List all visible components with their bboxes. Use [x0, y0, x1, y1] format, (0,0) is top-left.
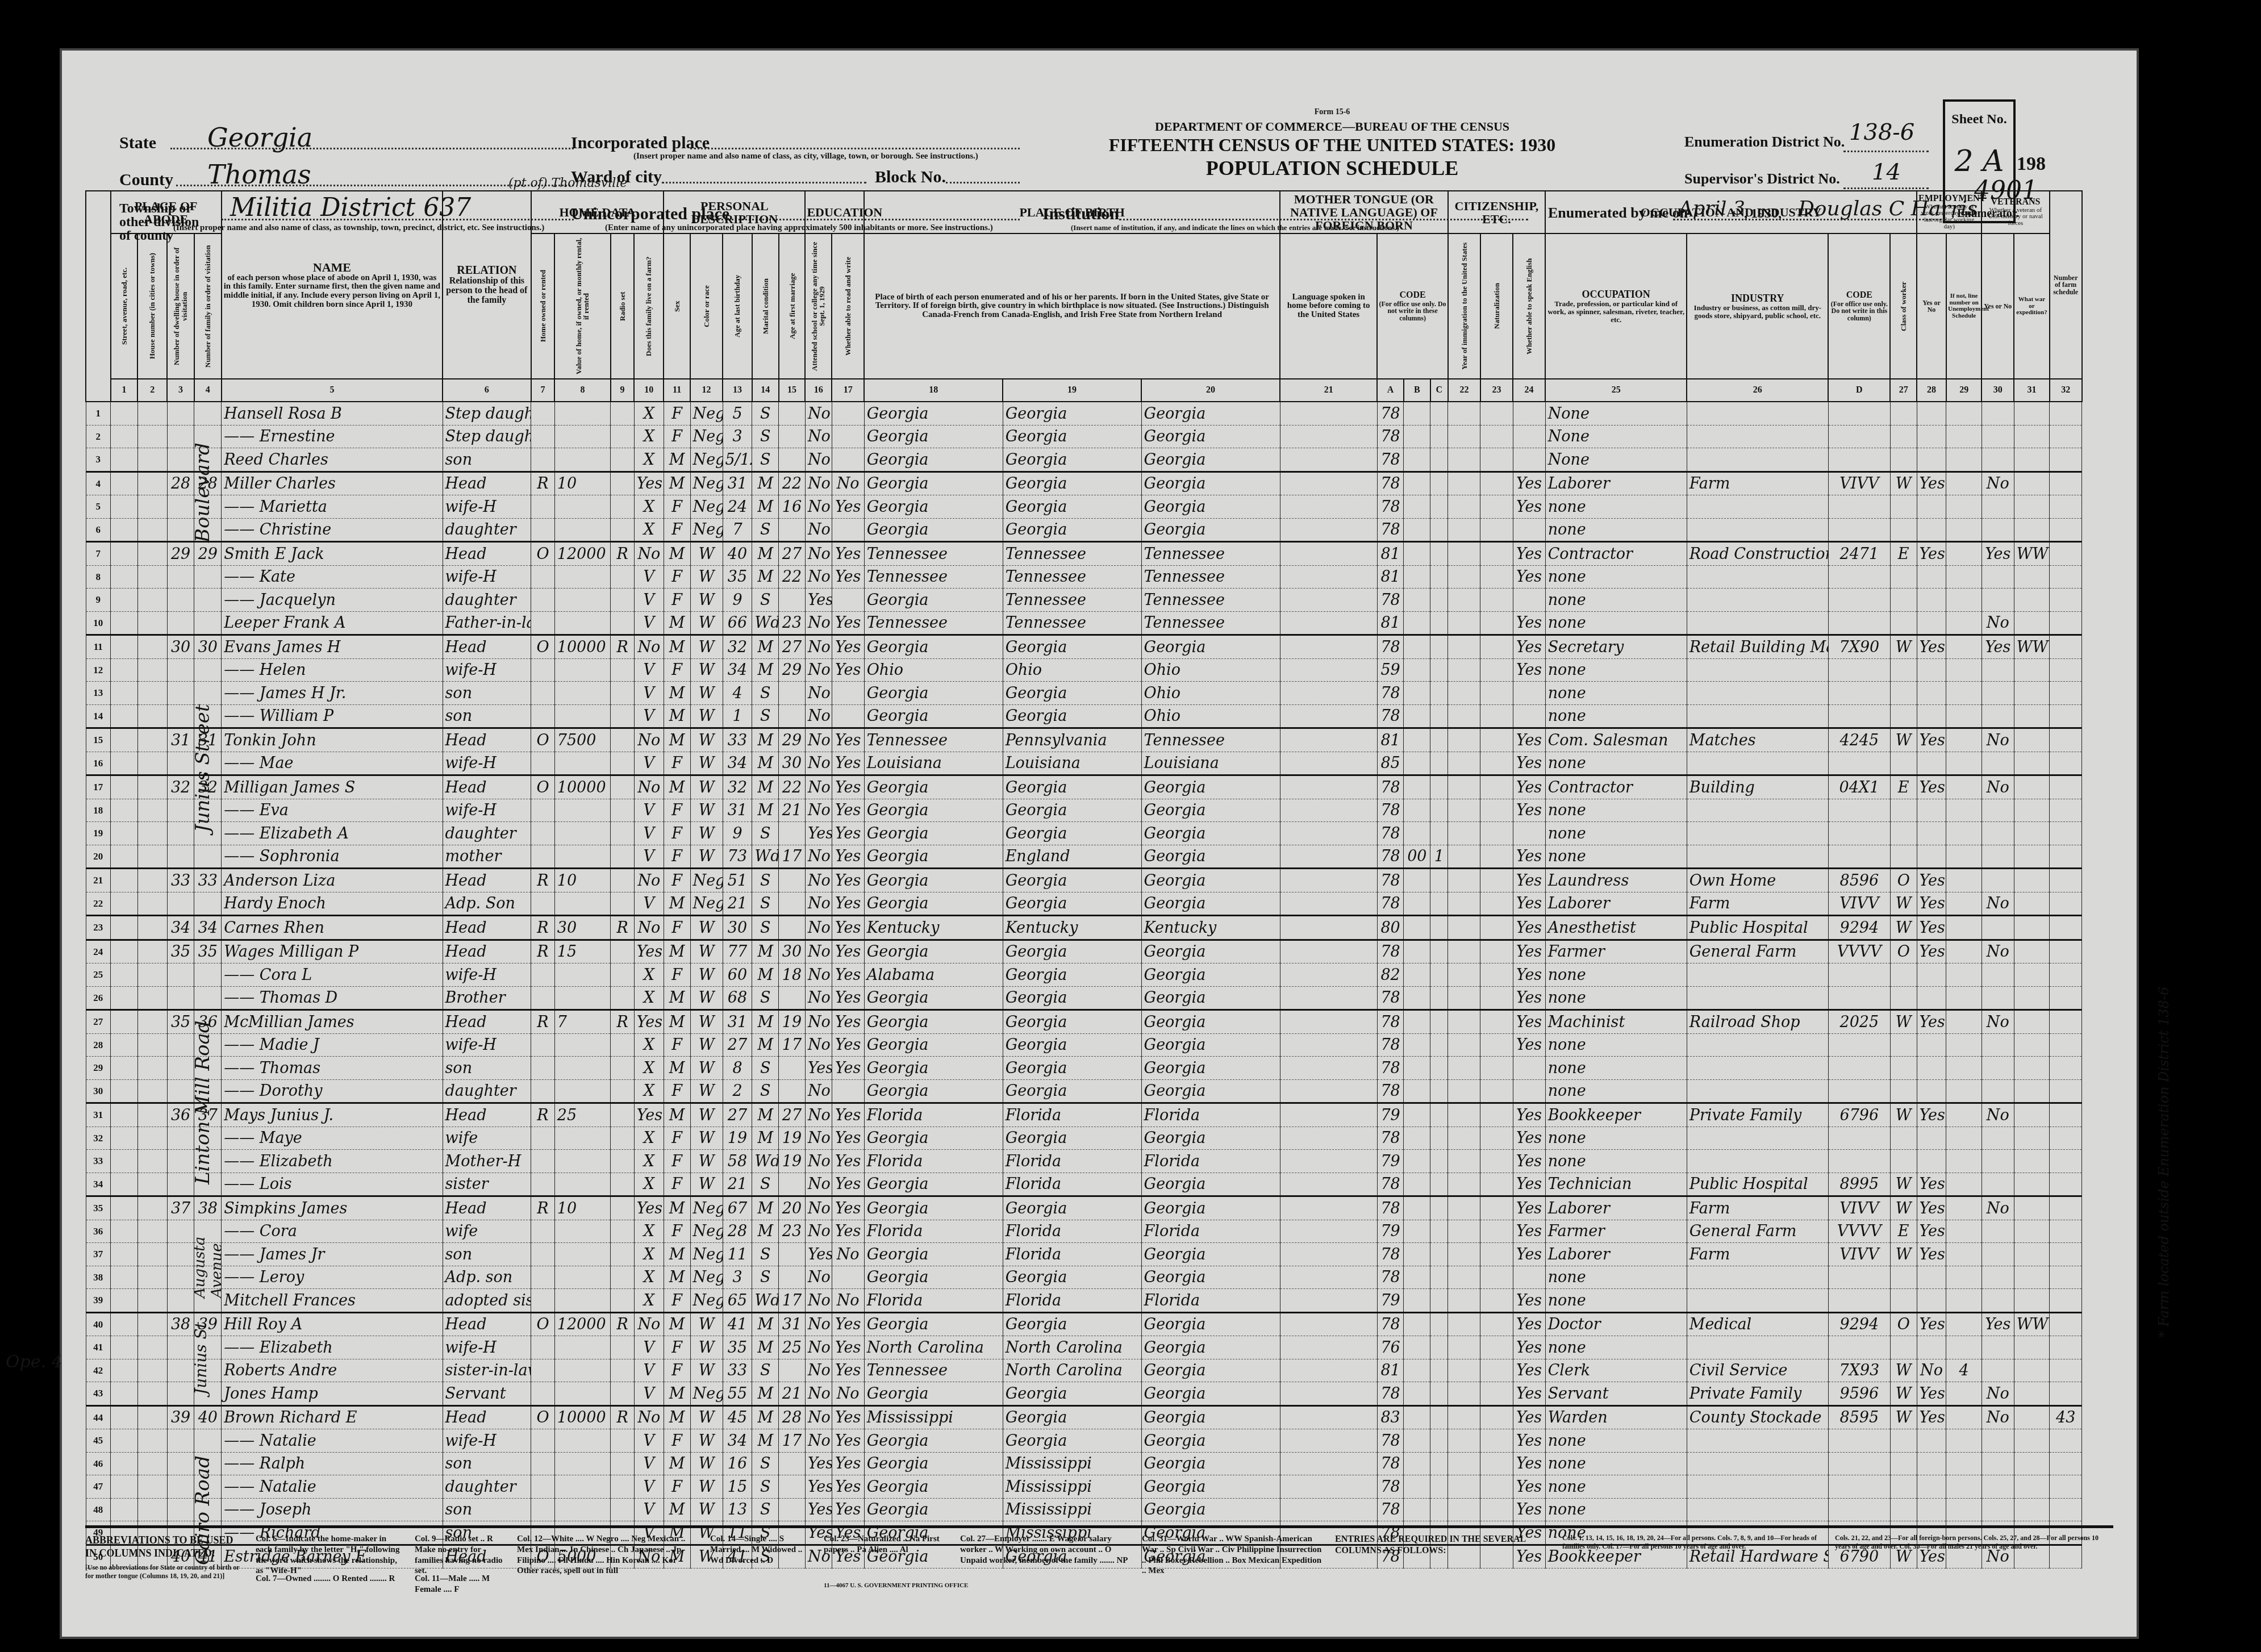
age-marriage-col-header: Age at first marriage — [779, 233, 806, 379]
cell-code: 9596 — [1828, 1382, 1890, 1406]
cell-race: W — [690, 1452, 723, 1475]
cell-agem — [779, 1266, 806, 1289]
cell-read: Yes — [832, 1103, 864, 1127]
cell-sch: No — [805, 565, 832, 589]
cell-b: 00 — [1404, 845, 1430, 869]
cell-name: Anderson Liza — [222, 869, 443, 892]
cell-ind: Matches — [1687, 728, 1828, 752]
cell-unemp — [1946, 869, 1981, 892]
cell-agem — [779, 704, 806, 728]
cell-vet — [1981, 565, 2014, 589]
table-row: 19—— Elizabeth AdaughterVFW9SYesYesGeorg… — [86, 822, 2113, 845]
cell-bpf: Georgia — [1003, 472, 1141, 495]
cell-race: Neg — [690, 1266, 723, 1289]
cell-race: W — [690, 1103, 723, 1127]
cell-a: 78 — [1377, 869, 1404, 892]
cell-naturalization — [1480, 565, 1513, 589]
cell-b — [1404, 1498, 1430, 1521]
cell-agem: 25 — [779, 1336, 806, 1359]
cell-val — [554, 448, 611, 472]
table-row: 38—— LeroyAdp. sonXMNeg3SNoGeorgiaGeorgi… — [86, 1266, 2113, 1289]
cell-bpf: Georgia — [1003, 448, 1141, 472]
cell-own — [531, 1079, 555, 1103]
cell-eng: Yes — [1513, 658, 1545, 682]
cell-bpm: Georgia — [1141, 495, 1280, 519]
cell-vet — [1981, 869, 2014, 892]
cell-immigration — [1448, 682, 1480, 705]
cell-race: Neg — [690, 1196, 723, 1220]
cell-occ: none — [1545, 1079, 1687, 1103]
left-margin-note: Ope. 4 — [6, 1352, 62, 1372]
cell-name: —— Dorothy — [222, 1079, 443, 1103]
column-number-17: 17 — [832, 379, 864, 402]
cell-race: W — [690, 682, 723, 705]
cell-emp — [1917, 589, 1946, 612]
cell-rel: Head — [443, 940, 531, 963]
cell-fam — [194, 1079, 222, 1103]
cell-rel: Head — [443, 472, 531, 495]
line-number: 41 — [86, 1336, 111, 1359]
cell-bpf: Georgia — [1003, 822, 1141, 845]
cell-sex: F — [664, 402, 690, 425]
cell-unemp — [1946, 704, 1981, 728]
cell-fam: 36 — [194, 1010, 222, 1034]
cell-bpf: Pennsylvania — [1003, 728, 1141, 752]
cell-val — [554, 402, 611, 425]
cell-war — [2014, 1336, 2049, 1359]
cell-ind: Retail Building Materials — [1687, 635, 1828, 659]
cell-bp: North Carolina — [864, 1336, 1003, 1359]
street-cell — [111, 1220, 138, 1243]
cell-read: Yes — [832, 565, 864, 589]
line-number: 5 — [86, 495, 111, 519]
cell-own — [531, 682, 555, 705]
cell-bp: Georgia — [864, 1057, 1003, 1080]
cell-bp: Tennessee — [864, 1359, 1003, 1382]
cell-race: Neg — [690, 495, 723, 519]
line-number: 20 — [86, 845, 111, 869]
cell-farm: X — [634, 1150, 664, 1173]
cell-b — [1404, 635, 1430, 659]
cell-age: 21 — [723, 892, 752, 916]
cell-a: 78 — [1377, 1033, 1404, 1057]
house-number-cell — [137, 892, 167, 916]
street-cell — [111, 635, 138, 659]
cell-radio — [611, 518, 635, 542]
cell-read: Yes — [832, 1173, 864, 1196]
cell-naturalization — [1480, 402, 1513, 425]
cell-fam — [194, 752, 222, 775]
cell-vet — [1981, 963, 2014, 987]
cell-dw: 35 — [167, 1010, 194, 1034]
cell-race: Neg — [690, 448, 723, 472]
cell-val: 10000 — [554, 1405, 611, 1429]
cell-eng — [1513, 448, 1545, 472]
cell-bpm: Georgia — [1141, 1196, 1280, 1220]
cell-war — [2014, 1452, 2049, 1475]
cell-name: —— Leroy — [222, 1266, 443, 1289]
cell-vet — [1981, 986, 2014, 1010]
cell-fam — [194, 682, 222, 705]
cell-code — [1828, 495, 1890, 519]
cell-bp: Georgia — [864, 589, 1003, 612]
cell-sch: No — [805, 1382, 832, 1406]
cell-val — [554, 704, 611, 728]
cell-unemp — [1946, 986, 1981, 1010]
cell-agem: 29 — [779, 658, 806, 682]
cell-bpm: Georgia — [1141, 448, 1280, 472]
industry-desc: Industry or business, as cotton mill, dr… — [1688, 304, 1826, 319]
cell-rel: wife-H — [443, 1033, 531, 1057]
cell-fs — [2050, 1359, 2082, 1382]
cell-age: 66 — [723, 611, 752, 635]
cell-own: R — [531, 1010, 555, 1034]
cell-vet — [1981, 1057, 2014, 1080]
cell-vet: No — [1981, 611, 2014, 635]
cell-farm: Yes — [634, 1196, 664, 1220]
home-data-header: HOME DATA — [531, 191, 664, 233]
cell-race: Neg — [690, 472, 723, 495]
cell-code — [1828, 1336, 1890, 1359]
read-col-header: Whether able to read and write — [832, 233, 864, 379]
cell-emp — [1917, 1079, 1946, 1103]
cell-radio: R — [611, 1312, 635, 1336]
cell-sex: M — [664, 986, 690, 1010]
cell-read: Yes — [832, 775, 864, 799]
cell-radio — [611, 1033, 635, 1057]
birth-subheader-row: 123456789101112131415161718192021ABC2223… — [86, 379, 2113, 402]
cell-b — [1404, 799, 1430, 822]
cell-bpm: Ohio — [1141, 682, 1280, 705]
cell-radio: R — [611, 1010, 635, 1034]
cell-war — [2014, 1057, 2049, 1080]
cell-c — [1430, 822, 1448, 845]
cell-a: 78 — [1377, 799, 1404, 822]
cell-c — [1430, 1359, 1448, 1382]
cell-own — [531, 1452, 555, 1475]
cell-rel: wife-H — [443, 565, 531, 589]
cell-a: 78 — [1377, 1243, 1404, 1266]
cell-war: WW — [2014, 1312, 2049, 1336]
cell-dw — [167, 1336, 194, 1359]
table-row: 273536McMillian JamesHeadR7RYesMW31M19No… — [86, 1010, 2113, 1034]
cell-emp — [1917, 1057, 1946, 1080]
cell-dw — [167, 495, 194, 519]
cell-bpf: Tennessee — [1003, 542, 1141, 566]
street-cell — [111, 1173, 138, 1196]
line-number: 21 — [86, 869, 111, 892]
cell-dw — [167, 658, 194, 682]
cell-c — [1430, 1010, 1448, 1034]
printer-line: 11—4067 U. S. GOVERNMENT PRINTING OFFICE — [824, 1582, 968, 1590]
cell-naturalization — [1480, 963, 1513, 987]
cell-occ: none — [1545, 845, 1687, 869]
column-number-1: 1 — [111, 379, 138, 402]
cell-rel: mother — [443, 845, 531, 869]
cell-bpm: Georgia — [1141, 1452, 1280, 1475]
cell-read: Yes — [832, 1150, 864, 1173]
column-number-13: 13 — [723, 379, 752, 402]
cell-mar: S — [752, 1452, 779, 1475]
cell-dw — [167, 1057, 194, 1080]
cell-ind — [1687, 1150, 1828, 1173]
cell-bp: Georgia — [864, 1079, 1003, 1103]
cell-ind: Private Family — [1687, 1103, 1828, 1127]
cell-mar: M — [752, 542, 779, 566]
cell-fs — [2050, 589, 2082, 612]
cell-sex: F — [664, 1336, 690, 1359]
cell-fam: 32 — [194, 775, 222, 799]
cell-immigration — [1448, 986, 1480, 1010]
cell-eng — [1513, 1079, 1545, 1103]
cell-c — [1430, 542, 1448, 566]
cell-c — [1430, 495, 1448, 519]
line-number: 40 — [86, 1312, 111, 1336]
cell-bpm: Louisiana — [1141, 752, 1280, 775]
cell-race: W — [690, 775, 723, 799]
cell-read: Yes — [832, 1312, 864, 1336]
house-number-cell — [137, 1243, 167, 1266]
cell-b — [1404, 1266, 1430, 1289]
cell-mother-tongue — [1280, 1336, 1377, 1359]
cell-sex: M — [664, 1312, 690, 1336]
cell-own — [531, 658, 555, 682]
cell-race: W — [690, 845, 723, 869]
cell-bpf: Georgia — [1003, 869, 1141, 892]
cell-own — [531, 963, 555, 987]
cell-cls — [1890, 1289, 1917, 1313]
cell-mar: M — [752, 728, 779, 752]
cell-dw — [167, 425, 194, 448]
column-number-24: 24 — [1513, 379, 1545, 402]
cell-emp: Yes — [1917, 916, 1946, 940]
cell-name: Hill Roy A — [222, 1312, 443, 1336]
cell-own — [531, 1289, 555, 1313]
cell-ind — [1687, 658, 1828, 682]
column-number-C: C — [1430, 379, 1448, 402]
cell-mother-tongue — [1280, 1405, 1377, 1429]
cell-agem: 27 — [779, 1103, 806, 1127]
line-number: 8 — [86, 565, 111, 589]
cell-code: 7X90 — [1828, 635, 1890, 659]
cell-sch: No — [805, 704, 832, 728]
cell-vet: Yes — [1981, 542, 2014, 566]
cell-bpf: Mississippi — [1003, 1498, 1141, 1521]
cell-farm: V — [634, 682, 664, 705]
cell-mar: S — [752, 1243, 779, 1266]
cell-age: 3 — [723, 1266, 752, 1289]
house-number-cell — [137, 518, 167, 542]
cell-mother-tongue — [1280, 1498, 1377, 1521]
cell-name: —— Thomas D — [222, 986, 443, 1010]
cell-sch: No — [805, 682, 832, 705]
table-row: 34—— LoissisterXFW21SNoYesGeorgiaFlorida… — [86, 1173, 2113, 1196]
abbrev-col27: Col. 27—Employer ....... E Wage or salar… — [960, 1534, 1130, 1566]
cell-b — [1404, 611, 1430, 635]
cell-cls: O — [1890, 940, 1917, 963]
cell-unemp — [1946, 822, 1981, 845]
cell-fs — [2050, 1196, 2082, 1220]
cell-war — [2014, 1475, 2049, 1499]
cell-agem — [779, 916, 806, 940]
column-number-10: 10 — [634, 379, 664, 402]
cell-ind — [1687, 611, 1828, 635]
cell-sch: Yes — [805, 1452, 832, 1475]
cell-bpm: Georgia — [1141, 892, 1280, 916]
cell-farm: X — [634, 1173, 664, 1196]
cell-radio — [611, 869, 635, 892]
cell-mar: M — [752, 1429, 779, 1453]
cell-naturalization — [1480, 728, 1513, 752]
line-number: 26 — [86, 986, 111, 1010]
cell-mar: S — [752, 518, 779, 542]
cell-sex: M — [664, 1057, 690, 1080]
cell-unemp — [1946, 1452, 1981, 1475]
cell-bpf: Florida — [1003, 1150, 1141, 1173]
cell-c — [1430, 1150, 1448, 1173]
cell-a: 78 — [1377, 1475, 1404, 1499]
cell-eng: Yes — [1513, 1452, 1545, 1475]
line-number: 28 — [86, 1033, 111, 1057]
cell-b — [1404, 518, 1430, 542]
cell-mar: S — [752, 704, 779, 728]
cell-fs — [2050, 845, 2082, 869]
cell-dw: 34 — [167, 916, 194, 940]
cell-ind: Building — [1687, 775, 1828, 799]
cell-code: 2025 — [1828, 1010, 1890, 1034]
street-cell — [111, 752, 138, 775]
cell-immigration — [1448, 1312, 1480, 1336]
street-cell — [111, 448, 138, 472]
relation-desc: Relationship of this person to the head … — [444, 277, 529, 305]
cell-ind: General Farm — [1687, 940, 1828, 963]
cell-sch: No — [805, 1196, 832, 1220]
table-row: 28—— Madie Jwife-HXFW27M17NoYesGeorgiaGe… — [86, 1033, 2113, 1057]
cell-sch: No — [805, 1103, 832, 1127]
cell-bpf: Georgia — [1003, 682, 1141, 705]
cell-cls: E — [1890, 1220, 1917, 1243]
cell-fs — [2050, 1382, 2082, 1406]
column-number-32: 32 — [2050, 379, 2082, 402]
incorporated-line — [690, 148, 1020, 149]
cell-name: —— Kate — [222, 565, 443, 589]
street-cell — [111, 728, 138, 752]
cell-rel: daughter — [443, 822, 531, 845]
cell-bpf: Ohio — [1003, 658, 1141, 682]
cell-occ: None — [1545, 448, 1687, 472]
cell-eng — [1513, 704, 1545, 728]
cell-own — [531, 1336, 555, 1359]
cell-race: Neg — [690, 425, 723, 448]
cell-agem — [779, 1475, 806, 1499]
cell-ind — [1687, 1336, 1828, 1359]
cell-cls: W — [1890, 472, 1917, 495]
street-cell — [111, 1150, 138, 1173]
cell-read: Yes — [832, 845, 864, 869]
cell-mother-tongue — [1280, 1173, 1377, 1196]
cell-naturalization — [1480, 1336, 1513, 1359]
cell-read — [832, 402, 864, 425]
cell-agem: 27 — [779, 542, 806, 566]
cell-bp: Georgia — [864, 1382, 1003, 1406]
cell-bpm: Tennessee — [1141, 542, 1280, 566]
cell-a: 78 — [1377, 1429, 1404, 1453]
cell-war — [2014, 940, 2049, 963]
cell-farm: V — [634, 752, 664, 775]
cell-code — [1828, 1033, 1890, 1057]
line-number: 24 — [86, 940, 111, 963]
table-row: 10Leeper Frank AFather-in-lawVMW66Wd23No… — [86, 611, 2113, 635]
cell-b — [1404, 1475, 1430, 1499]
table-row: 6—— ChristinedaughterXFNeg7SNoGeorgiaGeo… — [86, 518, 2113, 542]
line-number: 4 — [86, 472, 111, 495]
cell-sch: No — [805, 799, 832, 822]
table-row: 1Hansell Rosa BStep daughterXFNeg5SNoGeo… — [86, 402, 2113, 425]
cell-ind — [1687, 1498, 1828, 1521]
cell-age: 4 — [723, 682, 752, 705]
cell-own — [531, 1150, 555, 1173]
cell-naturalization — [1480, 518, 1513, 542]
cell-own — [531, 565, 555, 589]
cell-dw — [167, 565, 194, 589]
cell-agem — [779, 682, 806, 705]
cell-age: 30 — [723, 916, 752, 940]
cell-naturalization — [1480, 542, 1513, 566]
street-cell — [111, 1243, 138, 1266]
cell-fs — [2050, 799, 2082, 822]
cell-unemp — [1946, 845, 1981, 869]
cell-mother-tongue — [1280, 589, 1377, 612]
cell-farm: X — [634, 1127, 664, 1150]
column-number-25: 25 — [1545, 379, 1687, 402]
cell-name: Jones Hamp — [222, 1382, 443, 1406]
cell-occ: none — [1545, 589, 1687, 612]
cell-ind — [1687, 495, 1828, 519]
cell-bpm: Georgia — [1141, 845, 1280, 869]
cell-bp: Georgia — [864, 869, 1003, 892]
cell-radio — [611, 1382, 635, 1406]
cell-vet: No — [1981, 940, 2014, 963]
department-title: DEPARTMENT OF COMMERCE—BUREAU OF THE CEN… — [1077, 119, 1588, 134]
cell-radio — [611, 845, 635, 869]
cell-age: 28 — [723, 1220, 752, 1243]
cell-fs: 43 — [2050, 1405, 2082, 1429]
occupation-title: OCCUPATION — [1547, 289, 1685, 300]
cell-radio — [611, 704, 635, 728]
cell-code — [1828, 425, 1890, 448]
cell-immigration — [1448, 425, 1480, 448]
cell-naturalization — [1480, 845, 1513, 869]
cell-farm: X — [634, 963, 664, 987]
ward-line — [662, 182, 866, 183]
cell-mother-tongue — [1280, 1266, 1377, 1289]
cell-rel: son — [443, 704, 531, 728]
cell-unemp — [1946, 1405, 1981, 1429]
cell-eng: Yes — [1513, 775, 1545, 799]
table-row: 16—— Maewife-HVFW34M30NoYesLouisianaLoui… — [86, 752, 2113, 775]
line-number: 10 — [86, 611, 111, 635]
cell-a: 80 — [1377, 916, 1404, 940]
cell-occ: none — [1545, 1289, 1687, 1313]
cell-code: 8595 — [1828, 1405, 1890, 1429]
cell-race: Neg — [690, 1382, 723, 1406]
cell-farm: V — [634, 611, 664, 635]
cell-radio — [611, 892, 635, 916]
cell-fam — [194, 1452, 222, 1475]
abbrev-col6: Col. 6—Indicate the home-maker in each f… — [256, 1534, 403, 1576]
cell-race: W — [690, 1475, 723, 1499]
cell-mar: S — [752, 425, 779, 448]
